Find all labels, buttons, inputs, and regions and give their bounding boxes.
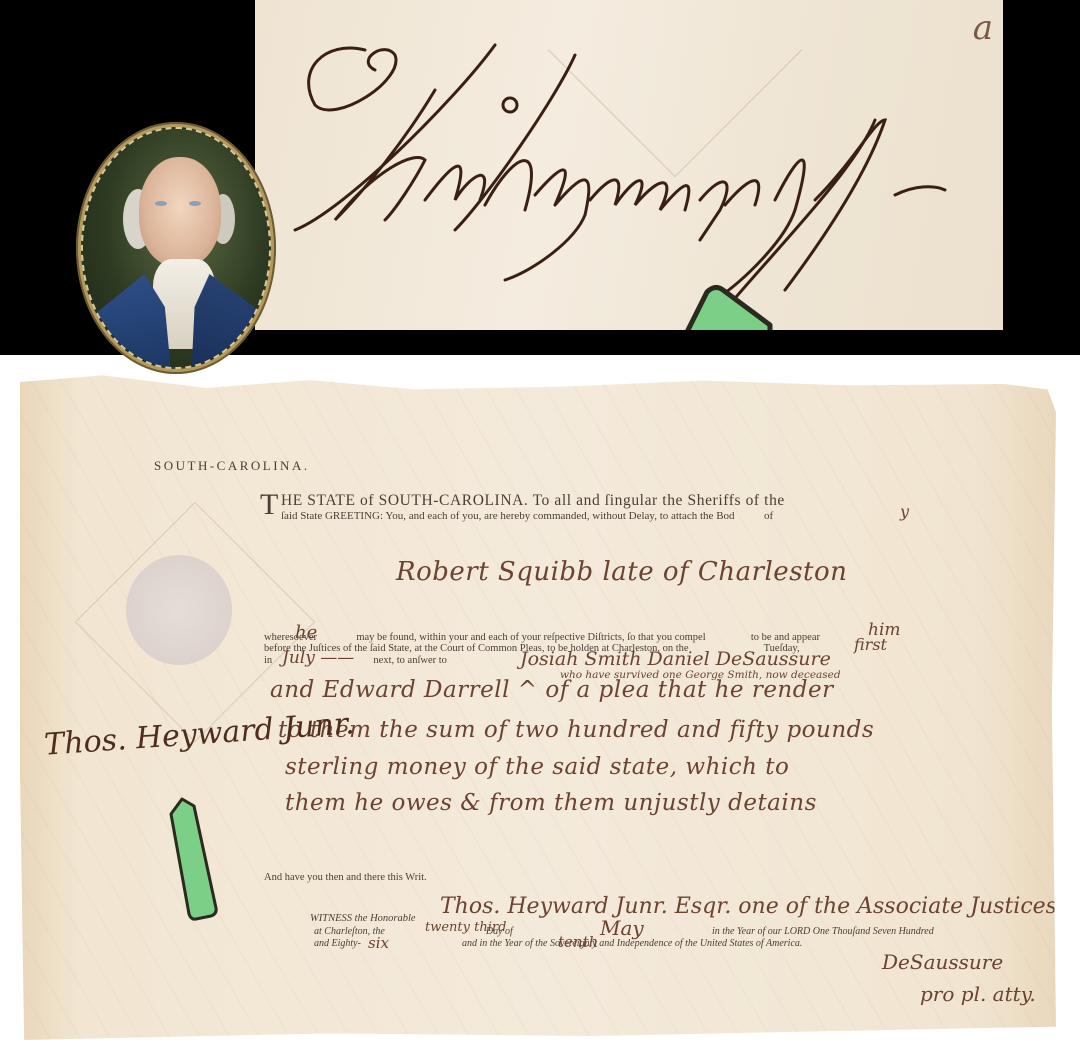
handwritten-month: July —— <box>282 648 354 668</box>
portrait-image <box>81 127 271 369</box>
handwritten-first: first <box>854 635 887 654</box>
witness-justice-name: Thos. Heyward Junr. Esqr. one of the Ass… <box>440 894 1057 919</box>
green-pointer-arrow-icon <box>675 280 775 330</box>
defendant-name: Robert Squibb late of Charleston <box>396 557 847 587</box>
signature-zoom-panel: a <box>255 0 1003 330</box>
wheresoever-line: wheresoever may be found, within your an… <box>264 632 820 643</box>
wax-seal <box>126 555 232 665</box>
claim-line-3: sterling money of the said state, which … <box>285 754 789 780</box>
handwritten-year-six: six <box>368 934 389 952</box>
claim-line-2: to them the sum of two hundred and fifty… <box>278 717 874 743</box>
writ-document: SOUTH-CAROLINA. T HE STATE of SOUTH-CARO… <box>20 372 1056 1040</box>
handwritten-tenth: tenth <box>558 933 598 951</box>
portrait-miniature <box>76 122 276 374</box>
green-pointer-arrow-icon <box>166 796 224 922</box>
claim-line-4: them he owes & from them unjustly detain… <box>285 790 817 816</box>
and-have-line: And have you then and there this Writ. <box>264 872 427 883</box>
signature-glyph-icon <box>255 0 1003 330</box>
plaintiffs-line: Josiah Smith Daniel DeSaussure <box>520 648 831 670</box>
portrait-face <box>139 157 221 267</box>
drop-cap: T <box>260 492 279 518</box>
handwritten-body-suffix: y <box>900 502 909 521</box>
handwritten-he: he <box>295 622 317 643</box>
witness-line: WITNESS the Honorable <box>310 913 416 924</box>
year-of-lord-line: in the Year of our LORD One Thouſand Sev… <box>712 926 934 937</box>
attorney-title: pro pl. atty. <box>920 982 1036 1006</box>
document-heading: SOUTH-CAROLINA. <box>154 458 310 474</box>
attorney-signature: DeSaussure <box>882 950 1003 974</box>
eighty-line: and Eighty- <box>314 938 361 949</box>
greeting-line: ſaid State GREETING: You, and each of yo… <box>281 510 773 522</box>
handwritten-may: May <box>600 916 644 940</box>
claim-line-1: and Edward Darrell ^ of a plea that he r… <box>270 677 834 703</box>
handwritten-day: twenty third <box>425 920 506 935</box>
